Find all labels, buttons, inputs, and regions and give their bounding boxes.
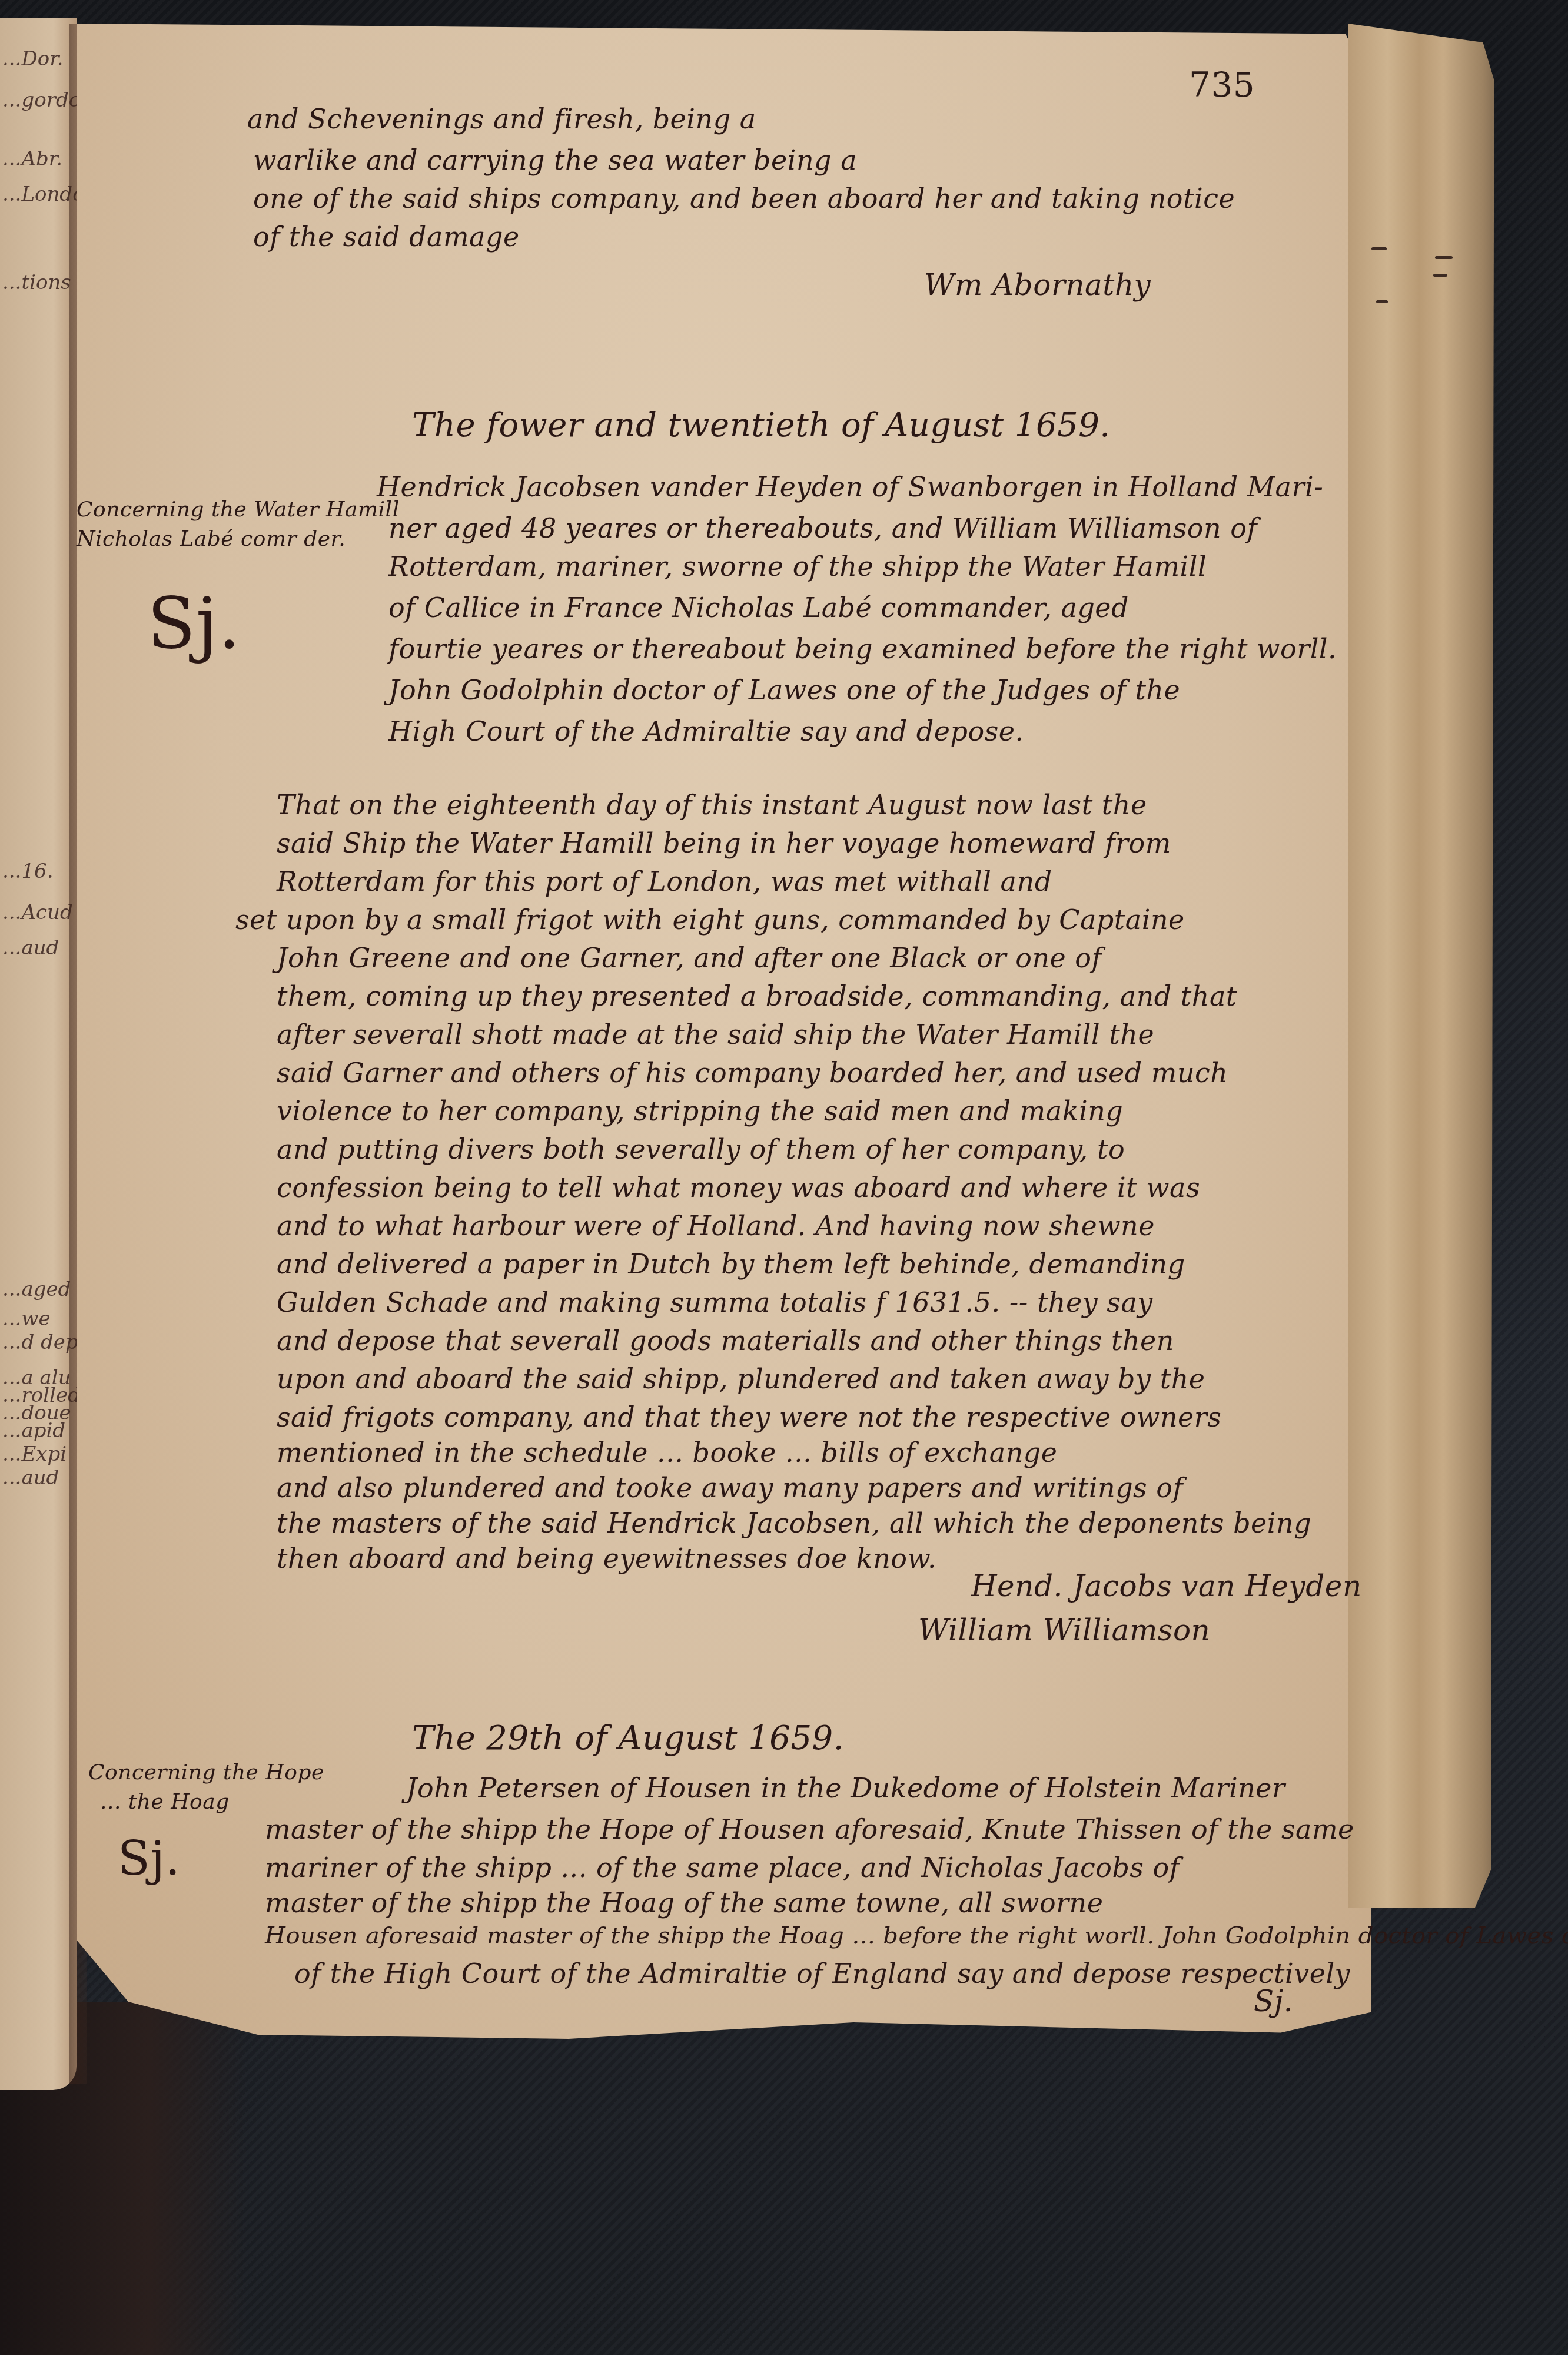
- folio-number: 735: [1189, 65, 1255, 105]
- text-line: and to what harbour were of Holland. And…: [277, 1210, 1155, 1242]
- text-line: and Schevenings and firesh, being a: [247, 103, 756, 135]
- text-line: them, coming up they presented a broadsi…: [277, 980, 1237, 1012]
- facing-page-fragment: ...Expi: [2, 1442, 67, 1466]
- text-line: set upon by a small frigot with eight gu…: [235, 904, 1185, 936]
- edge-mark: [1435, 256, 1453, 259]
- text-line: John Petersen of Housen in the Dukedome …: [406, 1772, 1285, 1804]
- text-line: of the said damage: [253, 221, 520, 253]
- facing-page-fragment: ...we: [2, 1307, 51, 1331]
- text-line: after severall shott made at the said sh…: [277, 1019, 1154, 1050]
- text-line: That on the eighteenth day of this insta…: [277, 789, 1147, 821]
- edge-mark: [1433, 274, 1447, 277]
- text-line: said Ship the Water Hamill being in her …: [277, 827, 1171, 859]
- margin-note: Concerning the Water Hamill: [77, 497, 400, 522]
- edge-mark: [1371, 247, 1387, 250]
- signature: Wm Abornathy: [924, 268, 1151, 302]
- facing-page: ...Dor. ...gordo ...Abr. ...Londo ...tio…: [0, 18, 77, 2090]
- text-line: the masters of the said Hendrick Jacobse…: [277, 1507, 1311, 1539]
- text-line: warlike and carrying the sea water being…: [253, 144, 857, 176]
- facing-page-fragment: ...apid: [2, 1419, 65, 1442]
- date-heading: The 29th of August 1659.: [412, 1719, 844, 1757]
- text-line: John Godolphin doctor of Lawes one of th…: [388, 674, 1180, 706]
- text-line: and delivered a paper in Dutch by them l…: [277, 1248, 1185, 1280]
- text-line: upon and aboard the said shipp, plundere…: [277, 1363, 1205, 1395]
- text-line: confession being to tell what money was …: [277, 1172, 1200, 1203]
- page-fore-edge: [1348, 24, 1507, 1908]
- facing-page-fragment: ...tions: [2, 271, 71, 294]
- margin-note: Concerning the Hope: [88, 1760, 324, 1785]
- text-line: mentioned in the schedule ... booke ... …: [277, 1437, 1058, 1468]
- paraph-mark: Sj.: [118, 1831, 181, 1886]
- date-heading: The fower and twentieth of August 1659.: [412, 406, 1111, 445]
- text-line: Rotterdam for this port of London, was m…: [277, 865, 1052, 897]
- paraph-mark: Sj.: [147, 583, 241, 665]
- text-line: and depose that severall goods materiall…: [277, 1325, 1174, 1356]
- text-line: master of the shipp the Hoag of the same…: [265, 1887, 1103, 1919]
- signature: William Williamson: [918, 1613, 1210, 1647]
- edge-mark: [1376, 300, 1388, 303]
- text-line: Gulden Schade and making summa totalis f…: [277, 1286, 1153, 1318]
- text-line: and putting divers both severally of the…: [277, 1133, 1125, 1165]
- text-line: one of the said ships company, and been …: [253, 183, 1235, 214]
- signature: Hend. Jacobs van Heyden: [971, 1569, 1362, 1603]
- facing-page-fragment: ...Dor.: [2, 47, 63, 71]
- facing-page-fragment: ...Abr.: [2, 147, 62, 171]
- facing-page-fragment: ...16.: [2, 860, 54, 883]
- text-line: High Court of the Admiraltie say and dep…: [388, 715, 1024, 747]
- text-line: Housen aforesaid master of the shipp the…: [265, 1922, 1568, 1949]
- text-line: ner aged 48 yeares or thereabouts, and W…: [388, 512, 1257, 544]
- text-line: of the High Court of the Admiraltie of E…: [294, 1958, 1350, 1989]
- facing-page-fragment: ...Acud: [2, 901, 73, 924]
- facing-page-fragment: ...aud: [2, 936, 59, 960]
- margin-note: Nicholas Labé comr der.: [77, 527, 346, 551]
- text-line: violence to her company, stripping the s…: [277, 1095, 1123, 1127]
- text-line: said Garner and others of his company bo…: [277, 1057, 1228, 1089]
- text-line: said frigots company, and that they were…: [277, 1401, 1221, 1433]
- text-line: Rotterdam, mariner, sworne of the shipp …: [388, 550, 1207, 582]
- text-line: of Callice in France Nicholas Labé comma…: [388, 592, 1129, 623]
- text-line: Hendrick Jacobsen vander Heyden of Swanb…: [377, 471, 1323, 503]
- text-line: fourtie yeares or thereabout being exami…: [388, 633, 1337, 665]
- facing-page-fragment: ...aged: [2, 1278, 71, 1301]
- facing-page-fragment: ...d dep: [2, 1331, 78, 1354]
- facing-page-fragment: ...aud: [2, 1466, 59, 1490]
- text-line: mariner of the shipp ... of the same pla…: [265, 1852, 1180, 1883]
- text-line: John Greene and one Garner, and after on…: [277, 942, 1102, 974]
- text-line: then aboard and being eyewitnesses doe k…: [277, 1543, 936, 1574]
- margin-note: ... the Hoag: [100, 1790, 230, 1814]
- text-line: and also plundered and tooke away many p…: [277, 1472, 1183, 1504]
- paraph-mark: Sj.: [1254, 1984, 1293, 2018]
- text-line: master of the shipp the Hope of Housen a…: [265, 1813, 1354, 1845]
